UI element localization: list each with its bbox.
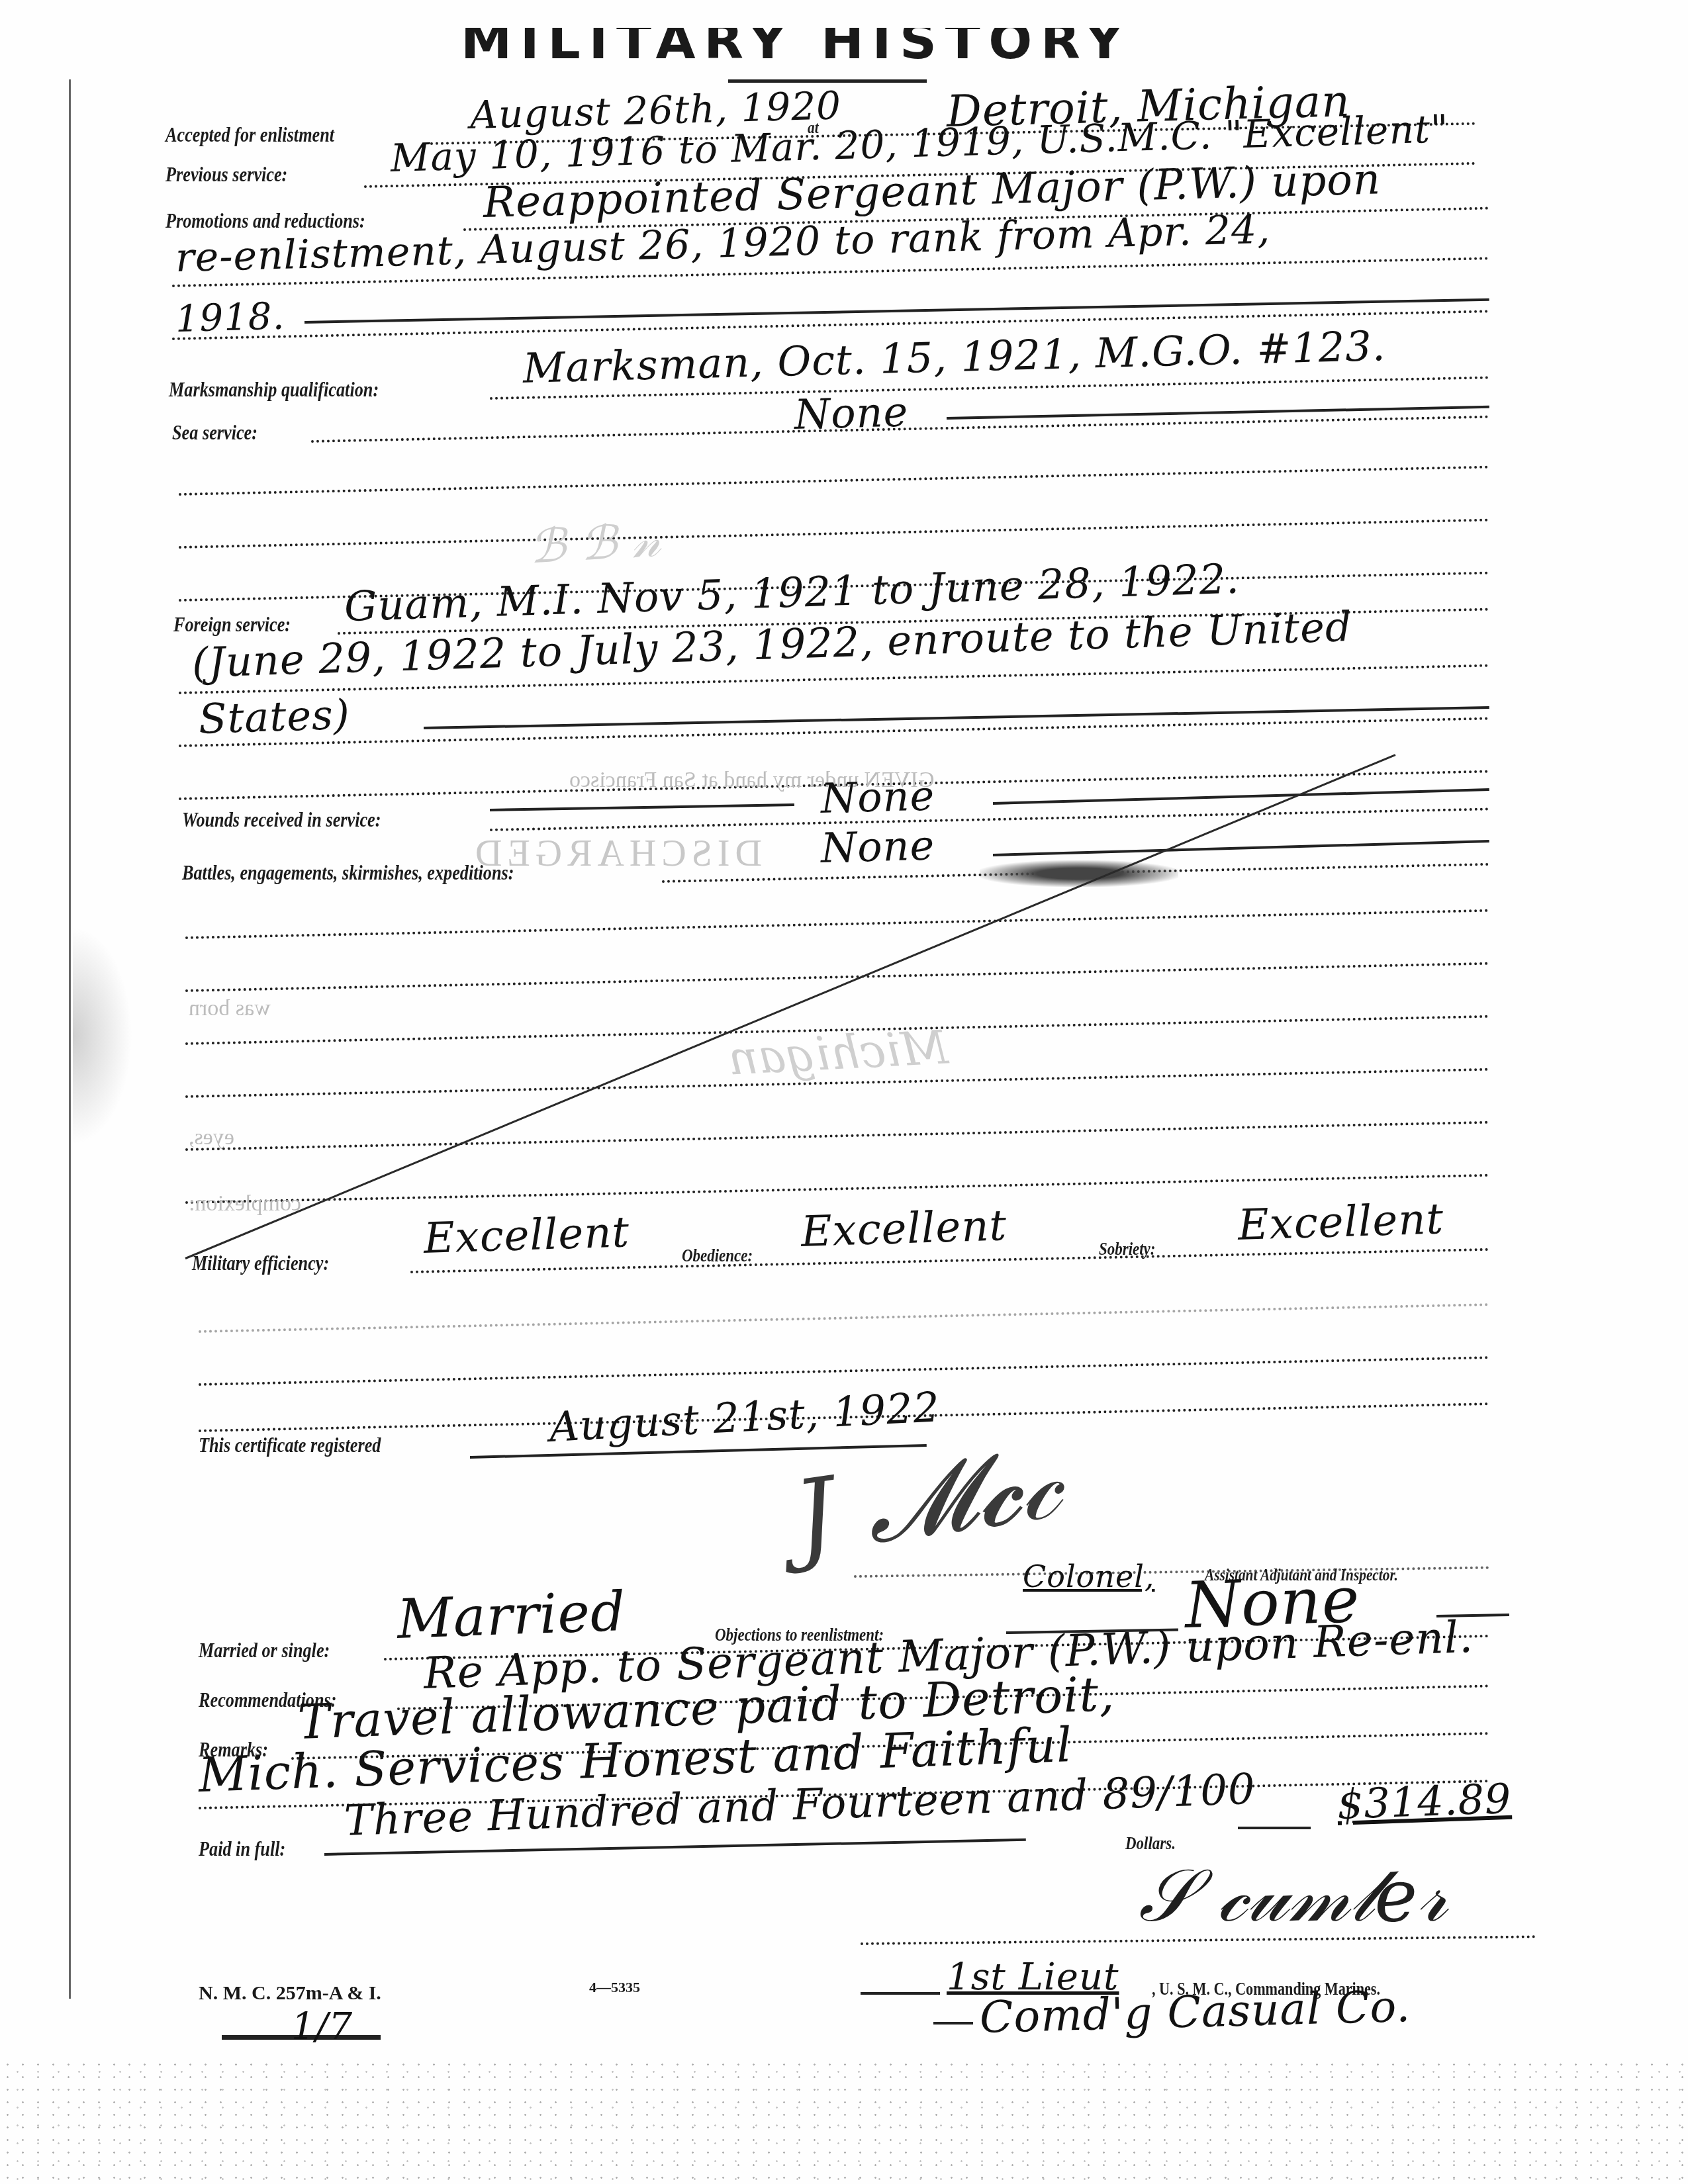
scan-smudge [73, 927, 132, 1145]
value-promotions-line-3: 1918. [175, 295, 285, 341]
bleed-through-handwriting: ℬ ℬ 𝓃 [528, 513, 662, 574]
strike-line [424, 706, 1489, 729]
value-foreign-service-line-3: States) [198, 690, 351, 743]
rule-line [490, 807, 1489, 831]
value-obedience: Excellent [800, 1201, 1008, 1257]
rule-line [179, 466, 1489, 496]
strike-line [993, 840, 1489, 856]
value-wounds: None [820, 772, 935, 823]
label-accepted-for-enlistment: Accepted for enlistment [165, 122, 334, 147]
value-certificate-registered: August 21st, 1922 [548, 1383, 941, 1451]
value-military-efficiency: Excellent [423, 1208, 630, 1263]
rule-line [179, 519, 1489, 549]
label-previous-service: Previous service: [165, 162, 287, 187]
rule-line [185, 909, 1489, 939]
document-page: MILITARY HISTORY Accepted for enlistment… [0, 0, 1688, 2184]
form-number: N. M. C. 257m-A & I. [199, 1982, 381, 2005]
label-battles: Battles, engagements, skirmishes, expedi… [182, 860, 514, 885]
label-obedience: Obedience: [682, 1246, 753, 1267]
rule-line [199, 1356, 1489, 1386]
label-wounds: Wounds received in service: [182, 807, 381, 832]
bleed-through-text: eyes, [189, 1125, 234, 1150]
label-certificate-registered: This certificate registered [199, 1433, 381, 1457]
strike-line [861, 1992, 940, 1995]
strike-line [933, 2022, 973, 2025]
label-promotions-reductions: Promotions and reductions: [165, 208, 365, 233]
form-initials: 1/7 [291, 2005, 353, 2048]
label-military-efficiency: Military efficiency: [192, 1251, 329, 1275]
scan-noise-band [0, 2058, 1688, 2184]
value-paid-amount: $314.89 [1336, 1774, 1513, 1829]
label-marksmanship: Marksmanship qualification: [169, 377, 379, 402]
strike-line [993, 788, 1489, 805]
label-dollars: Dollars. [1125, 1833, 1176, 1854]
rule-line [185, 1121, 1489, 1151]
ink-smear [980, 860, 1178, 887]
bleed-through-handwriting: Michigan [727, 1020, 949, 1085]
label-married-or-single: Married or single: [199, 1638, 330, 1662]
page-binding-edge [69, 79, 71, 1999]
strike-line [1238, 1827, 1311, 1829]
bleed-through-text: was born [189, 996, 271, 1021]
bleed-through-text: complexion: [189, 1191, 301, 1216]
value-sobriety: Excellent [1237, 1195, 1444, 1250]
document-title: MILITARY HISTORY [461, 13, 1131, 70]
label-sobriety: Sobriety: [1099, 1239, 1155, 1260]
strike-line [490, 803, 794, 811]
label-paid-in-full: Paid in full: [199, 1837, 285, 1861]
form-code: 4—5335 [589, 1979, 640, 1996]
rule-line-faint [199, 1303, 1489, 1333]
value-registrar-rank: Colonel, [1023, 1559, 1154, 1594]
title-underline [728, 79, 927, 83]
strike-line [305, 298, 1489, 324]
value-sea-service: None [794, 388, 909, 439]
label-foreign-service: Foreign service: [173, 612, 291, 637]
value-married-or-single: Married [396, 1580, 627, 1651]
commanding-officer-signature: 𝒮 𝒸𝓊𝓂𝓁𝑒𝓇 [1139, 1853, 1448, 1939]
value-battles: None [820, 821, 935, 872]
rule-line [179, 717, 1489, 747]
value-commanding-unit: Comd'g Casual Co. [979, 1981, 1411, 2043]
label-sea-service: Sea service: [172, 420, 258, 445]
